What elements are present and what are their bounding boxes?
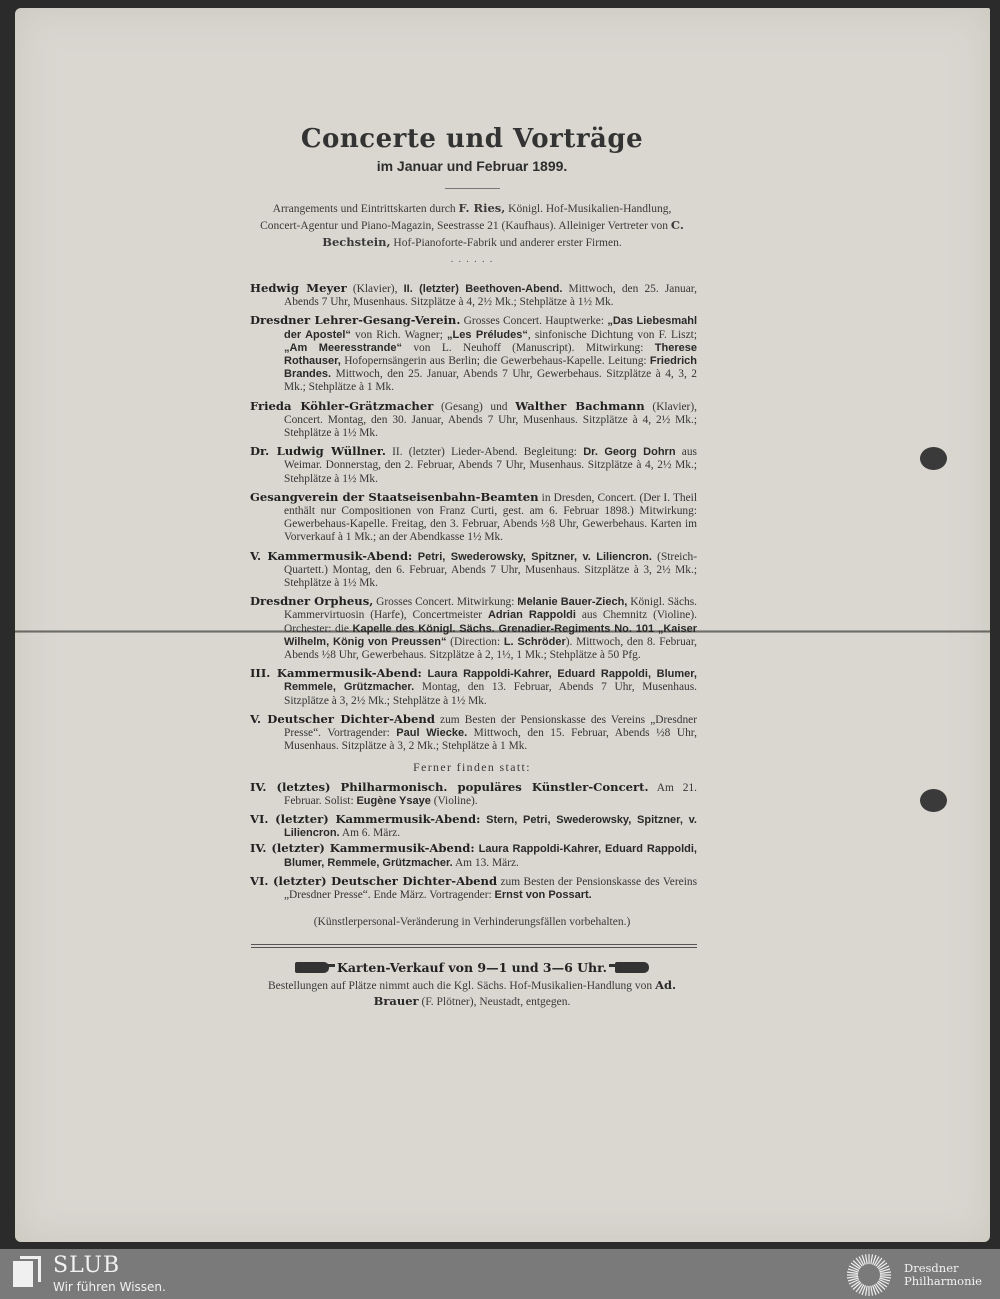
section-heading-ferner: Ferner finden statt:	[247, 760, 697, 775]
philharmonie-line-2: Philharmonie	[904, 1275, 982, 1288]
event-entry: V. Deutscher Dichter-Abend zum Besten de…	[247, 713, 697, 754]
entry-bold: Adrian Rappoldi	[488, 609, 576, 621]
intro-text-3: Hof-Pianoforte-Fabrik und anderer erster…	[391, 237, 622, 249]
entry-bold: „Am Meeresstrande“	[284, 342, 402, 354]
entry-heading: VI. (letzter) Deutscher Dichter-Abend	[250, 874, 497, 888]
entry-heading-secondary: Walther Bachmann	[515, 399, 645, 413]
event-entry: Gesangverein der Staatseisenbahn-Beamten…	[247, 491, 697, 545]
event-entry: Dr. Ludwig Wüllner. II. (letzter) Lieder…	[247, 445, 697, 486]
pointing-hand-right-icon	[295, 962, 329, 973]
order-info: Bestellungen auf Plätze nimmt auch die K…	[247, 978, 697, 1010]
slub-tagline: Wir führen Wissen.	[53, 1280, 166, 1294]
entry-heading: Frieda Köhler-Grätzmacher	[250, 399, 433, 413]
entry-text: von L. Neuhoff (Manuscript). Mitwirkung:	[402, 342, 655, 354]
entry-bold: L. Schröder	[504, 636, 566, 648]
entry-bold: Ernst von Possart.	[495, 889, 592, 901]
entry-text: , sinfonische Dichtung von F. Liszt;	[528, 329, 697, 341]
document-content: Concerte und Vorträge im Januar und Febr…	[247, 118, 697, 1010]
entry-text: (Violine).	[431, 795, 478, 807]
event-entry: Frieda Köhler-Grätzmacher (Gesang) und W…	[247, 400, 697, 441]
double-divider	[251, 944, 697, 948]
entry-bold: Melanie Bauer-Ziech,	[517, 596, 627, 608]
entry-text: Hofopernsängerin aus Berlin; die Gewerbe…	[341, 355, 650, 367]
entry-heading: V. Kammermusik-Abend:	[250, 549, 412, 563]
page-subtitle: im Januar und Februar 1899.	[247, 158, 697, 174]
event-entry: Dresdner Orpheus, Grosses Concert. Mitwi…	[247, 595, 697, 662]
entry-heading: Dresdner Lehrer-Gesang-Verein.	[250, 313, 460, 327]
entry-heading: Dr. Ludwig Wüllner.	[250, 444, 386, 458]
entry-heading: Dresdner Orpheus,	[250, 594, 373, 608]
intro-text-1: Arrangements und Eintrittskarten durch	[273, 203, 459, 215]
order-text-1: Bestellungen auf Plätze nimmt auch die K…	[268, 980, 655, 992]
disclaimer-note: (Künstlerpersonal-Veränderung in Verhind…	[247, 916, 697, 928]
punch-hole-upper	[920, 447, 947, 470]
entry-bold: „Les Préludes“	[447, 329, 528, 341]
entry-text: Am 6. März.	[340, 827, 400, 839]
title-divider	[445, 188, 500, 189]
slub-book-icon[interactable]	[13, 1256, 41, 1290]
entry-text: II. (letzter) Lieder-Abend. Begleitung:	[386, 446, 583, 458]
order-text-2: (F. Plötner), Neustadt, entgegen.	[419, 996, 571, 1008]
entry-text: Mittwoch, den 25. Januar, Abends 7 Uhr, …	[284, 368, 697, 393]
later-event-entry: VI. (letzter) Kammermusik-Abend: Stern, …	[247, 813, 697, 840]
later-event-entry: IV. (letzter) Kammermusik-Abend: Laura R…	[247, 842, 697, 869]
entry-heading: Hedwig Meyer	[250, 281, 347, 295]
entry-text: Grosses Concert. Mitwirkung:	[373, 596, 517, 608]
entry-text: (Klavier),	[347, 283, 404, 295]
event-entry: Hedwig Meyer (Klavier), II. (letzter) Be…	[247, 282, 697, 309]
entry-bold: Paul Wiecke.	[396, 727, 467, 739]
entry-text: Am 13. März.	[453, 857, 519, 869]
entry-text: (Direction:	[447, 636, 504, 648]
entry-text: von Rich. Wagner;	[351, 329, 447, 341]
intro-ries: F. Ries,	[459, 201, 506, 215]
page-title: Concerte und Vorträge	[247, 124, 697, 154]
event-entry: III. Kammermusik-Abend: Laura Rappoldi-K…	[247, 667, 697, 708]
entry-bold: Petri, Swederowsky, Spitzner, v. Lilienc…	[412, 551, 652, 563]
intro-paragraph: Arrangements und Eintrittskarten durch F…	[247, 200, 697, 251]
entry-text: (Gesang) und	[433, 401, 515, 413]
ticket-sale-line: Karten-Verkauf von 9—1 und 3—6 Uhr.	[247, 960, 697, 975]
entry-bold: II. (letzter) Beethoven-Abend.	[404, 283, 563, 295]
event-entry: V. Kammermusik-Abend: Petri, Swederowsky…	[247, 550, 697, 591]
footer-bar: SLUB Wir führen Wissen. Dresdner Philhar…	[0, 1249, 1000, 1299]
entry-heading: V. Deutscher Dichter-Abend	[250, 712, 435, 726]
slub-brand[interactable]: SLUB	[53, 1253, 120, 1278]
entry-bold: Dr. Georg Dohrn	[583, 446, 675, 458]
philharmonie-sunburst-icon[interactable]	[845, 1253, 893, 1297]
entry-heading: IV. (letzter) Kammermusik-Abend:	[250, 841, 475, 855]
later-event-entry: IV. (letztes) Philharmonisch. populäres …	[247, 781, 697, 808]
separator-dots: · · · · · ·	[247, 257, 697, 268]
entry-heading: IV. (letztes) Philharmonisch. populäres …	[250, 780, 649, 794]
entry-heading: Gesangverein der Staatseisenbahn-Beamten	[250, 490, 539, 504]
later-event-entry: VI. (letzter) Deutscher Dichter-Abend zu…	[247, 875, 697, 902]
entry-heading: III. Kammermusik-Abend:	[250, 666, 422, 680]
entry-text: Grosses Concert. Hauptwerke:	[460, 315, 607, 327]
entry-bold: Eugène Ysaye	[356, 795, 430, 807]
event-entry: Dresdner Lehrer-Gesang-Verein. Grosses C…	[247, 314, 697, 394]
pointing-hand-left-icon	[615, 962, 649, 973]
ticket-sale-hours: Karten-Verkauf von 9—1 und 3—6 Uhr.	[337, 960, 607, 975]
entry-heading: VI. (letzter) Kammermusik-Abend:	[250, 812, 480, 826]
philharmonie-brand[interactable]: Dresdner Philharmonie	[904, 1262, 982, 1288]
punch-hole-lower	[920, 789, 947, 812]
